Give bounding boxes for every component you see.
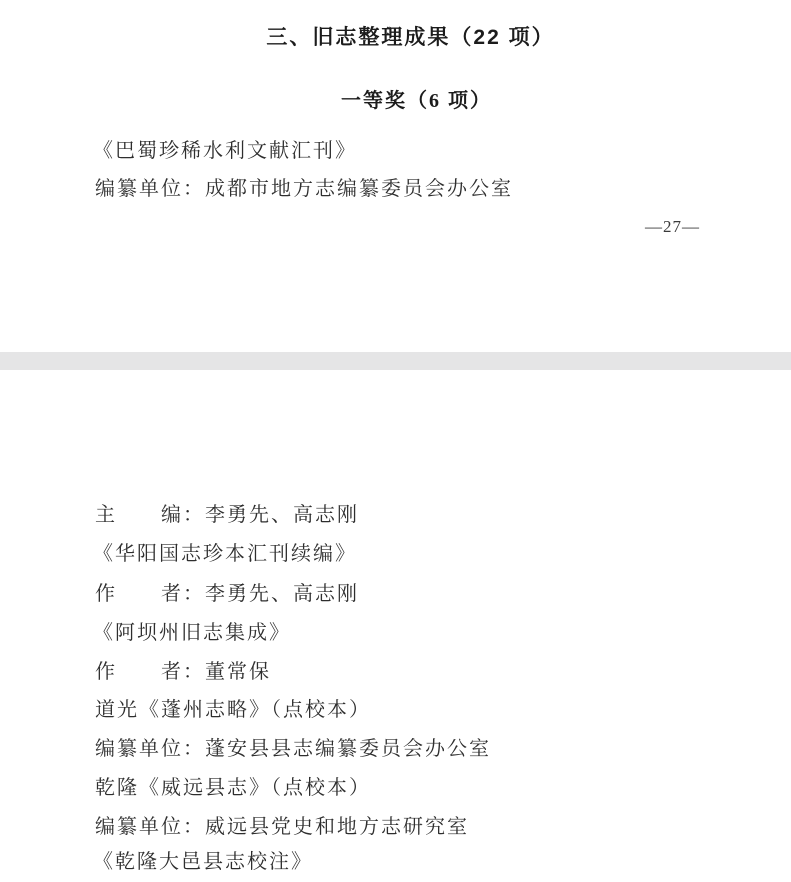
book-title-line: 乾隆《威远县志》（点校本） <box>95 776 371 800</box>
document-viewport: 三、旧志整理成果（22 项） 一等奖（6 项） 《巴蜀珍稀水利文献汇刊》 编纂单… <box>0 0 791 882</box>
page-2: 主 编：李勇先、高志刚 《华阳国志珍本汇刊续编》 作 者：李勇先、高志刚 《阿坝… <box>0 0 791 882</box>
compiler-line: 编纂单位：蓬安县县志编纂委员会办公室 <box>95 737 491 761</box>
book-title-line: 《华阳国志珍本汇刊续编》 <box>93 542 357 566</box>
book-title-line: 道光《蓬州志略》（点校本） <box>95 698 371 722</box>
compiler-line: 编纂单位：威远县党史和地方志研究室 <box>95 815 469 839</box>
book-title-line: 《阿坝州旧志集成》 <box>93 621 291 645</box>
author-line: 作 者：李勇先、高志刚 <box>95 582 359 606</box>
author-line: 作 者：董常保 <box>95 660 271 684</box>
editor-line: 主 编：李勇先、高志刚 <box>95 503 359 527</box>
book-title-line: 《乾隆大邑县志校注》 <box>93 850 313 874</box>
